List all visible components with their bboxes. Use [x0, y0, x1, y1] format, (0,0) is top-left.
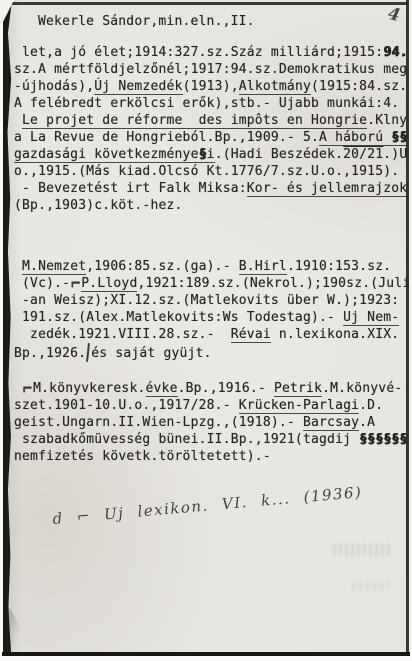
text-line: Bp.,1926.és saját gyüjt. — [14, 343, 410, 360]
text-segment: - Bevezetést irt Falk Miksa: — [14, 181, 247, 196]
pen-mark: ⌐ — [22, 378, 33, 403]
text-segment: (1915:84.sz. — [311, 79, 407, 94]
text-line: (Bp.,1903)c.köt.-hez. — [14, 197, 407, 214]
text-segment: .M.könyvé- — [322, 381, 402, 396]
underlined-text: Uj Nem- — [343, 310, 399, 326]
text-segment: ,1921:189.sz.(Nekrol.);190sz.(Juli — [137, 276, 410, 291]
paper-background: Wekerle Sándor,min.eln.,II. let,a jó éle… — [0, 0, 412, 661]
text-segment: .)U — [383, 147, 407, 162]
underlined-text: §§ — [391, 130, 407, 146]
overstruck-text: §§§§§§ — [359, 432, 407, 447]
text-segment: .1910:153.sz. — [287, 259, 391, 274]
card-heading: Wekerle Sándor,min.eln.,II. — [38, 14, 255, 29]
text-line: ⌐M.könyvkeresk.évke.Bp.,1916.- Petrik.M.… — [14, 380, 407, 397]
pen-mark: ⌐ — [70, 273, 81, 298]
underlined-text: B.Hirl — [239, 259, 287, 275]
underlined-text: P.Lloyd — [81, 276, 137, 292]
text-segment: .Klny — [367, 113, 407, 128]
scan-edge-right — [406, 0, 409, 661]
text-line: 191.sz.(Alex.Matlekovits:Ws Todestag).- … — [14, 309, 410, 326]
text-segment: Bp.,1926. — [14, 346, 86, 361]
paragraph-2: M.Nemzet,1906:85.sz.(ga).- B.Hirl.1910:1… — [14, 258, 410, 360]
scanned-document: { "corner_mark": "4", "title": "Wekerle … — [0, 0, 412, 661]
underlined-text: Új Nemzedék — [94, 79, 182, 95]
text-segment: 191.sz.(Alex.Matlekovits:Ws Todestag).- — [14, 310, 343, 325]
text-segment: ,1906:85.sz.(ga).- — [86, 259, 239, 274]
text-segment: sz.A mértföldjelzőnél;1917:94.sz.Demokra… — [14, 62, 407, 77]
text-line: o.,1915.(Más kiad.Olcsó Kt.1776/7.sz.U.o… — [14, 163, 407, 180]
text-line: szabadkőmüvesség bünei.II.Bp.,1921(tagdi… — [14, 431, 407, 448]
text-line: A felébredt erkölcsi erők),stb.- Ujabb m… — [14, 95, 407, 112]
scan-edge-top — [8, 2, 408, 5]
text-segment: (Bp.,1903)c.köt.-hez. — [14, 198, 183, 213]
overstruck-text: 94. — [383, 45, 407, 60]
scan-edge-bottom — [2, 652, 410, 656]
text-segment: és saját gyüjt. — [91, 346, 211, 361]
paragraph-3: ⌐M.könyvkeresk.évke.Bp.,1916.- Petrik.M.… — [14, 380, 407, 465]
text-line: -újhodás),Új Nemzedék(1913),Alkotmány(19… — [14, 78, 407, 95]
text-segment: n.lexikona.XIX. — [271, 327, 399, 342]
text-segment: .D. — [359, 398, 383, 413]
text-line: a La Revue de Hongrieból.Bp.,1909.- 5.A … — [14, 129, 407, 146]
text-segment: o.,1915.(Más kiad.Olcsó Kt.1776/7.sz.U.o… — [14, 164, 399, 179]
text-segment: let,a jó élet;1914:327.sz.Száz milliárd;… — [14, 45, 383, 60]
handwritten-corner-numeral: 4 — [386, 4, 402, 26]
text-segment: zedék.1921.VIII.28.sz.- — [14, 327, 231, 342]
underlined-text: évke — [146, 381, 178, 397]
text-segment: M.könyvkeresk. — [33, 381, 145, 396]
text-segment — [14, 381, 22, 396]
underlined-text: Révai — [231, 327, 271, 343]
text-line: nemfizetés követk.töröltetett).- — [14, 448, 407, 465]
underlined-text: Alkotmány — [239, 79, 311, 95]
text-segment: geist.Ungarn.II.Wien-Lpzg.,(1918).- — [14, 415, 303, 430]
handwritten-note: d ⌐ Uj lexikon. VI. k... (1936) — [52, 484, 352, 528]
text-segment: nemfizetés követk.töröltetett).- — [14, 449, 271, 464]
text-segment: szet.1901-10.U.o.,1917/28.- — [14, 398, 239, 413]
text-segment: .Bp.,1916.- — [178, 381, 274, 396]
underlined-text: i — [207, 147, 215, 163]
text-segment: .A — [359, 415, 375, 430]
underlined-text: Kor- és jellemrajzok — [247, 181, 408, 197]
text-line: geist.Ungarn.II.Wien-Lpzg.,(1918).- Barc… — [14, 414, 407, 431]
underlined-text: A háború — [319, 130, 391, 146]
text-segment: 20/21 — [343, 147, 383, 162]
text-segment: -újhodás), — [14, 79, 94, 94]
text-line: let,a jó élet;1914:327.sz.Száz milliárd;… — [14, 44, 407, 61]
text-line: gazdasági következménye§i.(Hadi Beszédek… — [14, 146, 407, 163]
text-line: zedék.1921.VIII.28.sz.- Révai n.lexikona… — [14, 326, 410, 343]
torn-edge-left — [3, 0, 12, 661]
pen-stroke — [86, 343, 90, 362]
text-segment: (Vc).- — [14, 276, 70, 291]
text-segment: a La Revue de Hongrieból.Bp.,1909.- 5. — [14, 130, 319, 145]
text-line: Le projet de réforme des impôts en Hongr… — [14, 112, 407, 129]
bleed-through-smudge — [352, 581, 394, 590]
underlined-text: Barcsay — [303, 415, 359, 431]
underlined-text: § — [199, 147, 207, 163]
text-segment: szabadkőmüvesség bünei.II.Bp.,1921(tagdi… — [14, 432, 359, 447]
bleed-through-smudge — [333, 543, 391, 556]
text-line: (Vc).-⌐P.Lloyd,1921:189.sz.(Nekrol.);190… — [14, 275, 410, 292]
text-segment: (1913), — [183, 79, 239, 94]
text-line: szet.1901-10.U.o.,1917/28.- Krücken-Parl… — [14, 397, 407, 414]
paragraph-1: let,a jó élet;1914:327.sz.Száz milliárd;… — [14, 44, 407, 214]
underlined-text: Krücken-Parlagi — [239, 398, 359, 414]
text-segment — [14, 259, 22, 274]
scan-margin-bottom — [0, 656, 412, 661]
text-line: sz.A mértföldjelzőnél;1917:94.sz.Demokra… — [14, 61, 407, 78]
text-segment: A felébredt erkölcsi erők),stb.- Ujabb m… — [14, 96, 399, 111]
text-segment: .(Hadi Beszédek. — [215, 147, 343, 162]
text-line: - Bevezetést irt Falk Miksa:Kor- és jell… — [14, 180, 407, 197]
underlined-text: Le projet de réforme des impôts en Hongr… — [22, 113, 367, 129]
underlined-text: Petrik — [274, 381, 322, 397]
underlined-text: gazdasági következménye — [14, 147, 199, 163]
text-segment — [14, 113, 22, 128]
